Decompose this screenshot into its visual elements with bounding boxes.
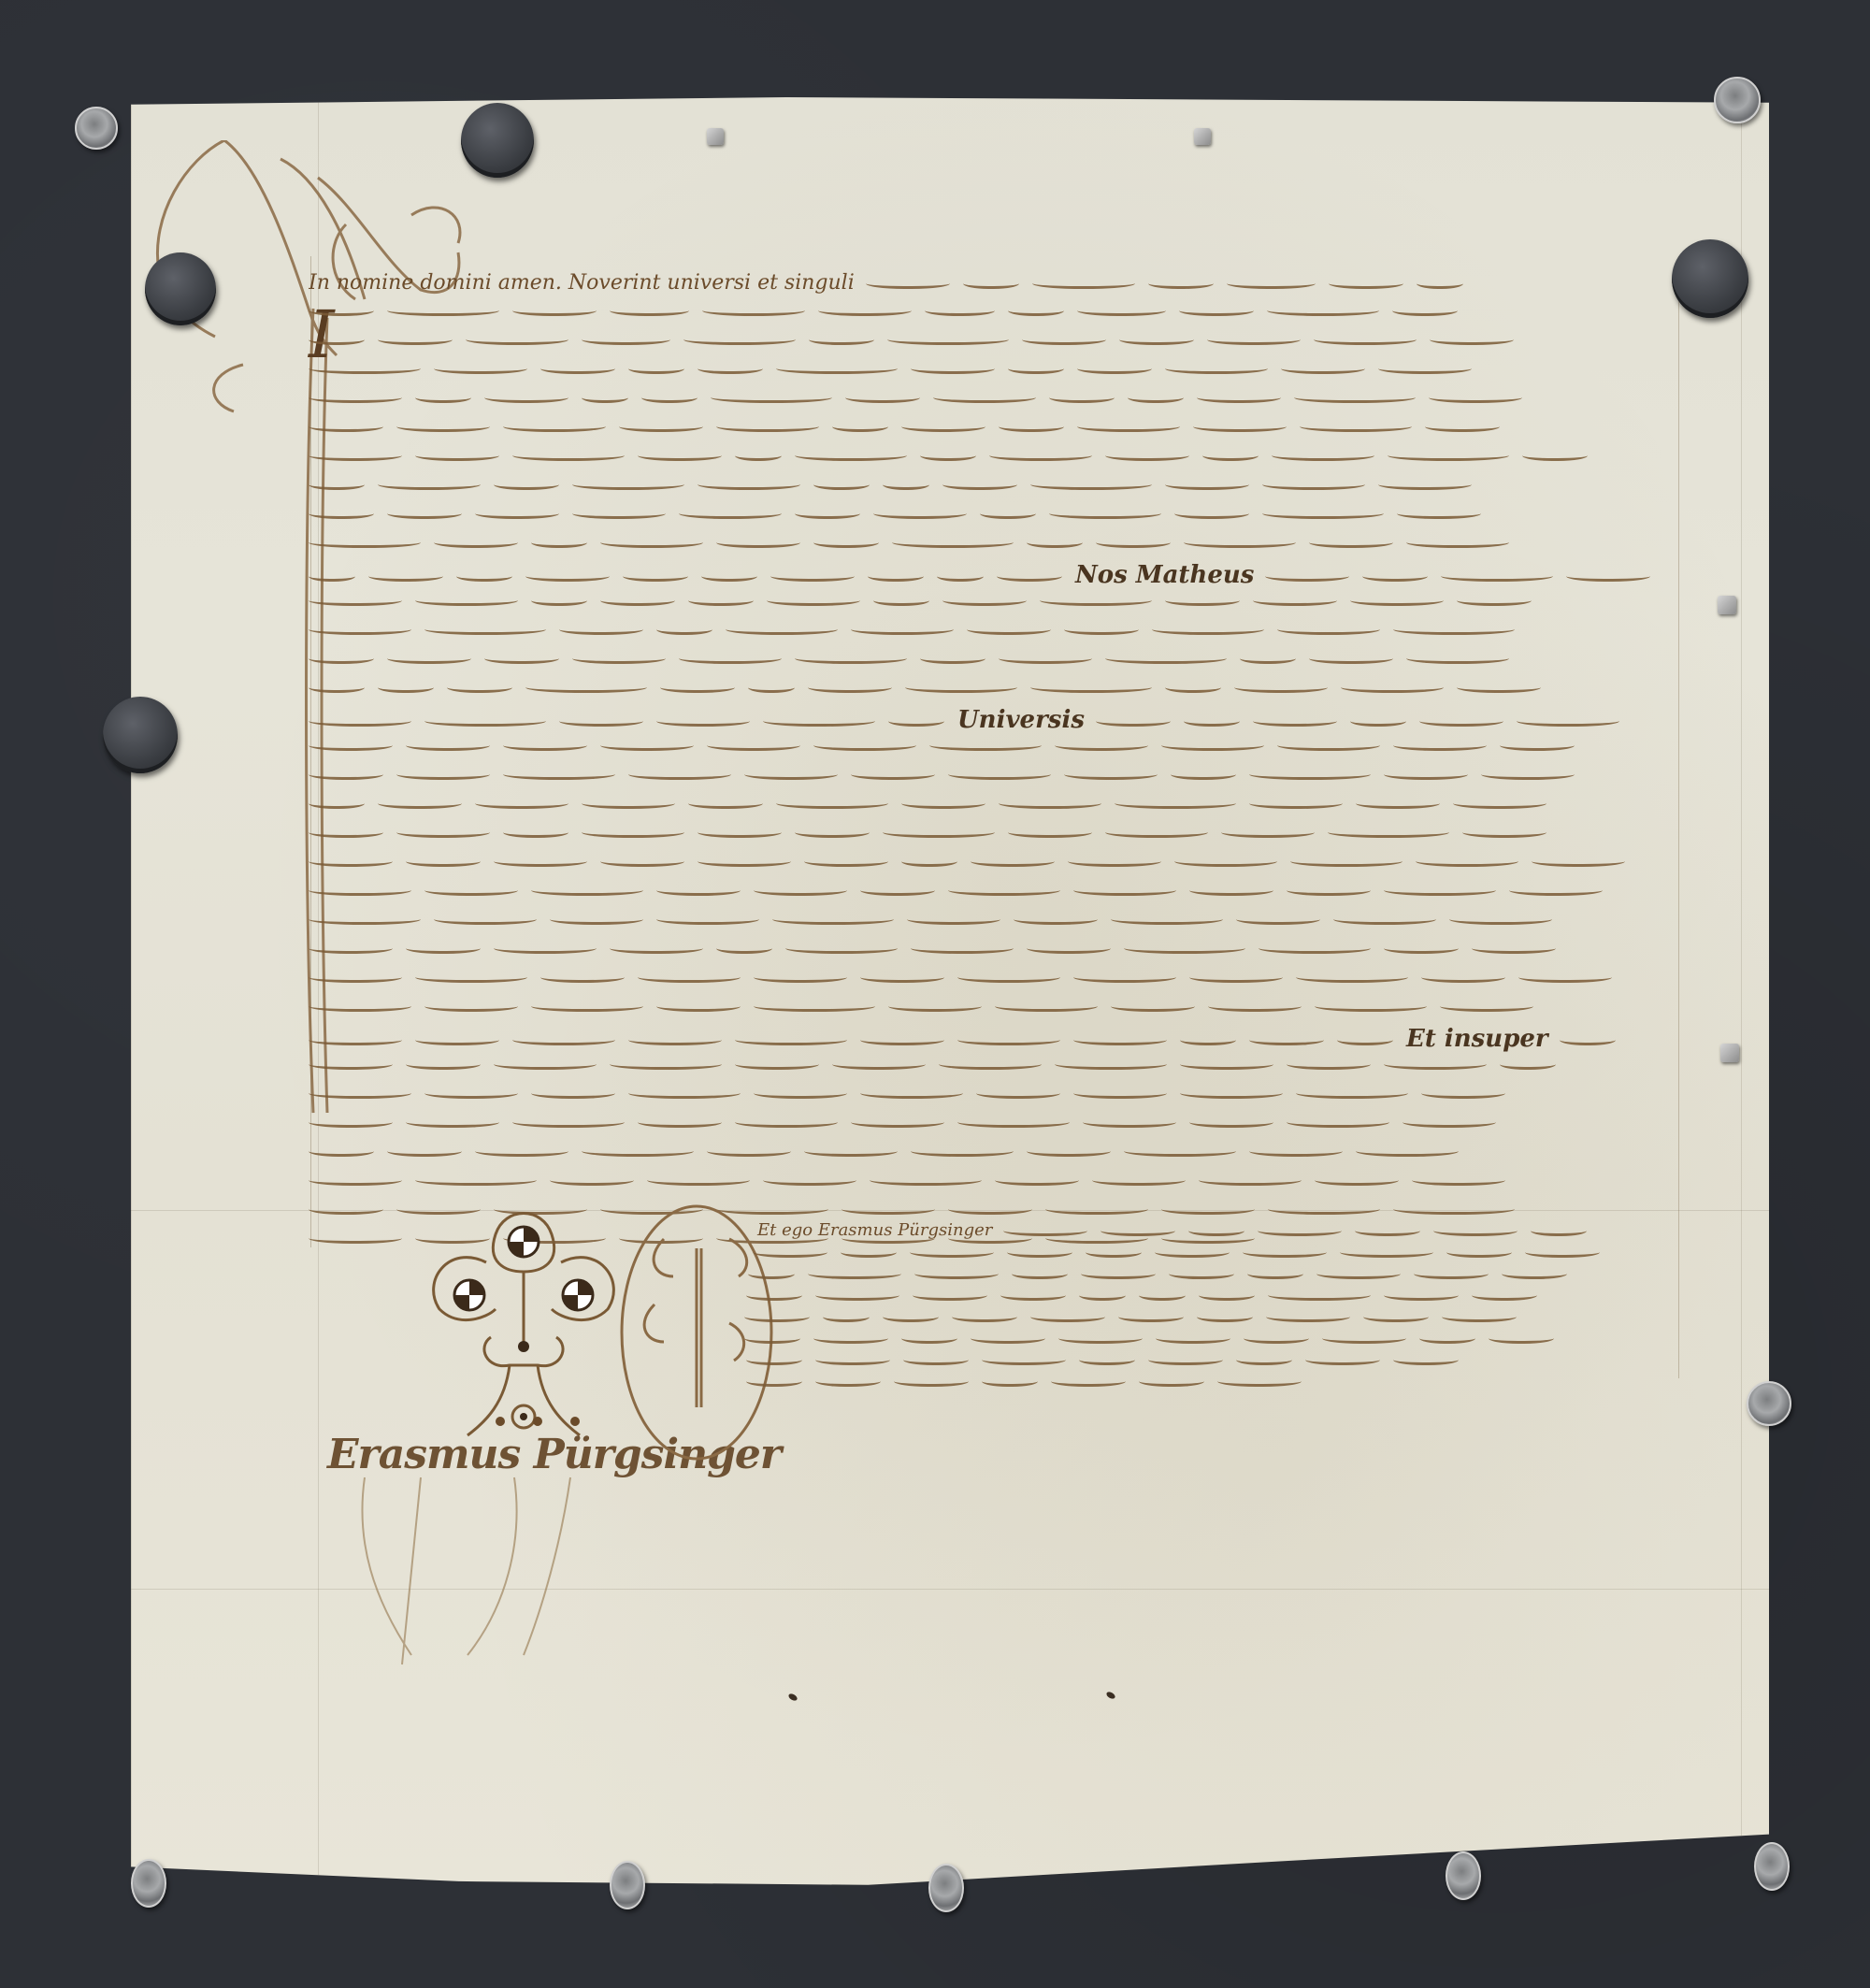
steel-magnet [75, 107, 118, 150]
steel-magnet [131, 1859, 166, 1908]
steel-cube [1194, 128, 1211, 145]
steel-magnet [928, 1864, 964, 1912]
subscription-opening: Et ego Erasmus Pürgsinger [757, 1220, 992, 1240]
notary-subscription: Et ego Erasmus Pürgsinger [645, 1220, 1674, 1392]
highlighted-word-nos-matheus: Nos Matheus [1075, 561, 1254, 589]
steel-magnet [1446, 1851, 1481, 1900]
dark-magnet [103, 697, 178, 773]
margin-rule [1678, 256, 1679, 1378]
fold-line [1741, 97, 1742, 1907]
steel-magnet [1747, 1381, 1791, 1426]
incipit: In nomine domini amen. Noverint universi… [309, 271, 855, 295]
dark-magnet [1672, 239, 1748, 318]
steel-magnet [1714, 77, 1761, 123]
steel-cube [1718, 596, 1736, 614]
steel-cube [1720, 1044, 1739, 1062]
steel-magnet [610, 1861, 645, 1909]
signature-flourish [337, 1468, 617, 1674]
dark-magnet [461, 103, 534, 178]
highlighted-word-universis: Universis [957, 706, 1085, 734]
steel-magnet [1754, 1842, 1790, 1891]
highlighted-word-et-insuper: Et insuper [1406, 1025, 1548, 1053]
steel-cube [707, 128, 724, 145]
main-text-body: In nomine domini amen. Noverint universi… [309, 271, 1664, 1257]
dark-magnet [145, 252, 216, 325]
